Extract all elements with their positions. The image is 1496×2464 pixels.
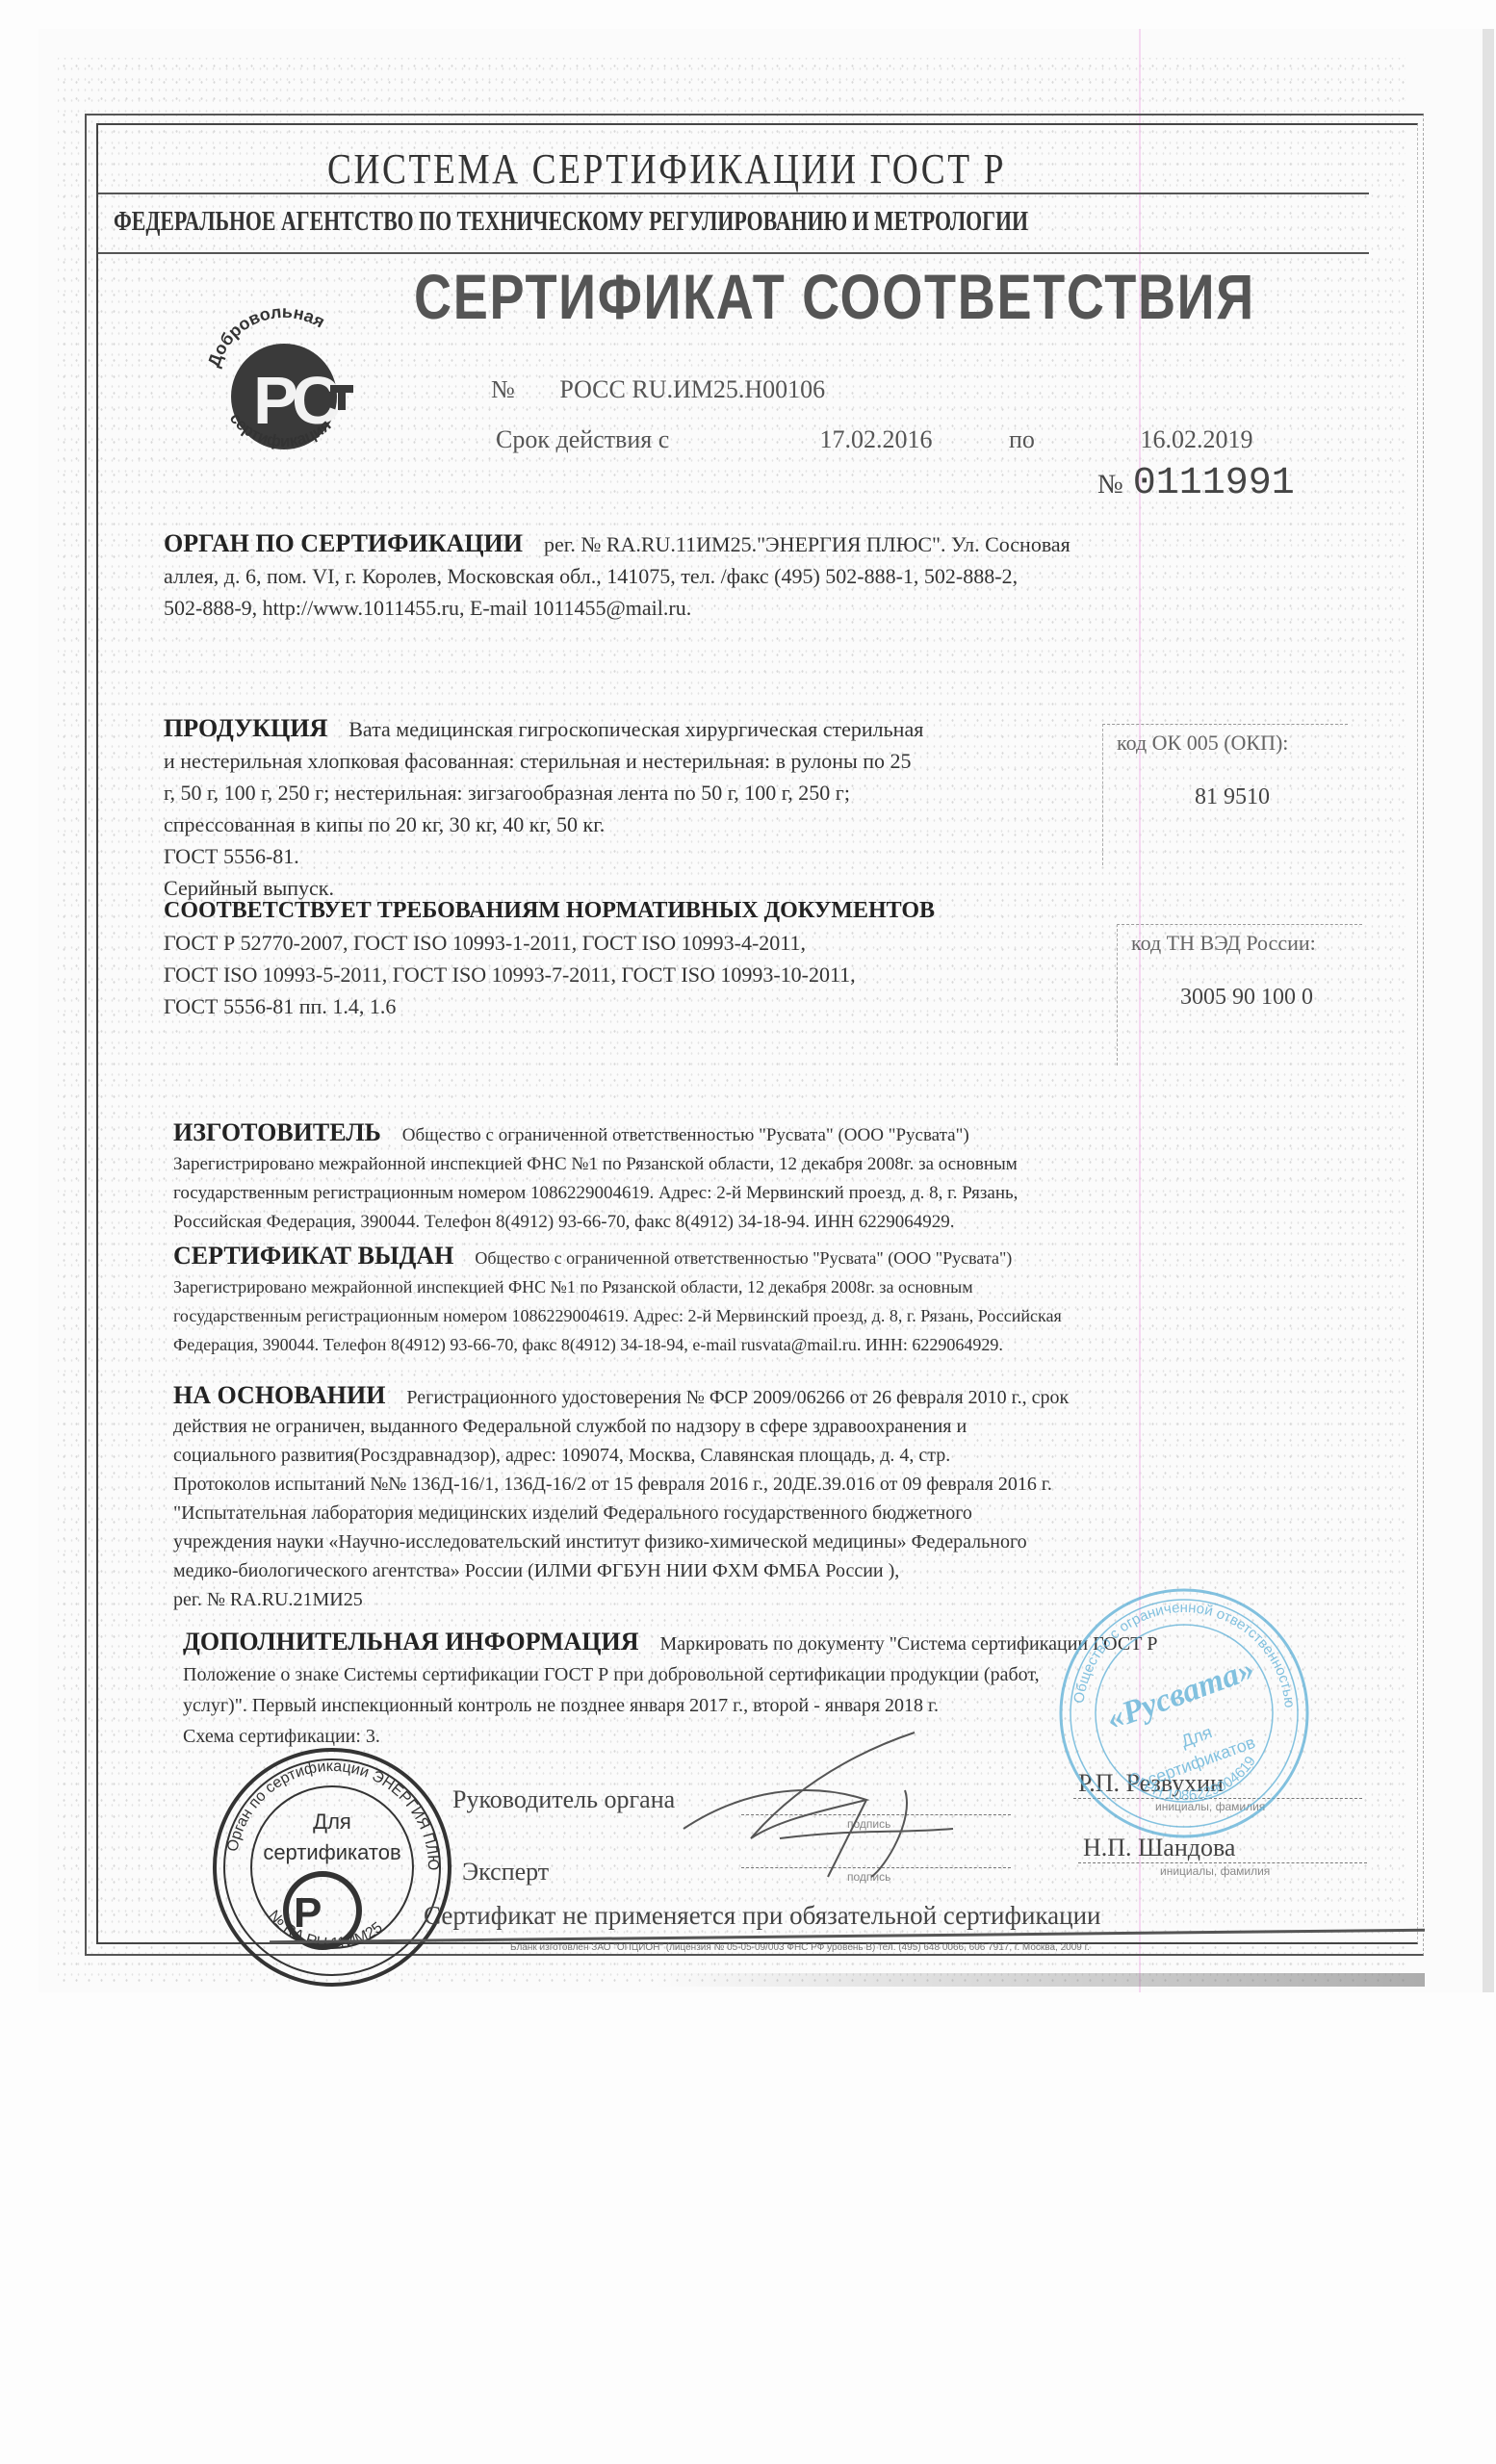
certification-body-stamp-icon: Орган по сертификации ЭНЕРГИЯ ПЛЮС № RA.… [207,1742,457,1992]
valid-to-label: по [1009,425,1134,454]
number-sign: № [491,375,515,403]
certificate-number-row: № РОСС RU.ИМ25.Н00106 [491,375,825,404]
company-stamp-icon: Общество с ограниченной ответственностью… [1049,1578,1319,1848]
tnved-code-value: 3005 90 100 0 [1131,985,1362,1011]
signature-scribble-icon [664,1723,1030,1886]
section-label: ИЗГОТОВИТЕЛЬ [173,1118,381,1146]
section-label: ПРОДУКЦИЯ [164,714,327,742]
section-label: СЕРТИФИКАТ ВЫДАН [173,1242,453,1270]
svg-text:P: P [294,1889,322,1937]
section-label: СООТВЕТСТВУЕТ ТРЕБОВАНИЯМ НОРМАТИВНЫХ ДО… [164,895,1105,927]
divider [98,252,1369,254]
tnved-code-box: код ТН ВЭД России: 3005 90 100 0 [1117,924,1362,1065]
okp-code-box: код ОК 005 (ОКП): 81 9510 [1102,724,1348,865]
section-requirements: СООТВЕТСТВУЕТ ТРЕБОВАНИЯМ НОРМАТИВНЫХ ДО… [164,895,1126,1022]
valid-to: 16.02.2019 [1141,425,1253,454]
head-signature-label: Руководитель органа [452,1785,675,1814]
certificate-title: СЕРТИФИКАТ СООТВЕТСТВИЯ [414,260,1255,333]
section-label: НА ОСНОВАНИИ [173,1381,385,1409]
svg-text:«Русвата»: «Русвата» [1102,1651,1259,1737]
okp-code-value: 81 9510 [1117,784,1348,810]
section-label: ДОПОЛНИТЕЛЬНАЯ ИНФОРМАЦИЯ [183,1628,639,1655]
section-issued-to: СЕРТИФИКАТ ВЫДАНОбщество с ограниченной … [173,1242,1348,1359]
form-serial-number: №0111991 [1097,462,1295,505]
expert-signature-label: Эксперт [462,1858,549,1886]
svg-text:Для: Для [313,1809,351,1834]
scan-smudge [655,1973,1425,1987]
agency-title: ФЕДЕРАЛЬНОЕ АГЕНТСТВО ПО ТЕХНИЧЕСКОМУ РЕ… [114,207,1028,238]
section-certification-body: ОРГАН ПО СЕРТИФИКАЦИИрег. № RA.RU.11ИМ25… [164,527,1338,624]
validity-row: Срок действия с 17.02.2016 по 16.02.2019 [496,425,1253,454]
section-label: ОРГАН ПО СЕРТИФИКАЦИИ [164,529,523,557]
form-imprint: Бланк изготовлен ЗАО "ОПЦИОН" (лицензия … [510,1942,1090,1953]
valid-from: 17.02.2016 [820,425,1003,454]
section-manufacturer: ИЗГОТОВИТЕЛЬОбщество с ограниченной отве… [173,1118,1348,1237]
voluntary-note: Сертификат не применяется при обязательн… [424,1901,1100,1931]
svg-text:сертификатов: сертификатов [263,1840,400,1864]
certificate-number: РОСС RU.ИМ25.Н00106 [559,375,825,403]
system-title: СИСТЕМА СЕРТИФИКАЦИИ ГОСТ Р [327,144,1006,193]
section-product: ПРОДУКЦИЯВата медицинская гигроскопическ… [164,712,1107,904]
validity-label: Срок действия с [496,425,813,454]
gost-voluntary-logo-icon: P C Добровольная сертификация [188,289,380,481]
